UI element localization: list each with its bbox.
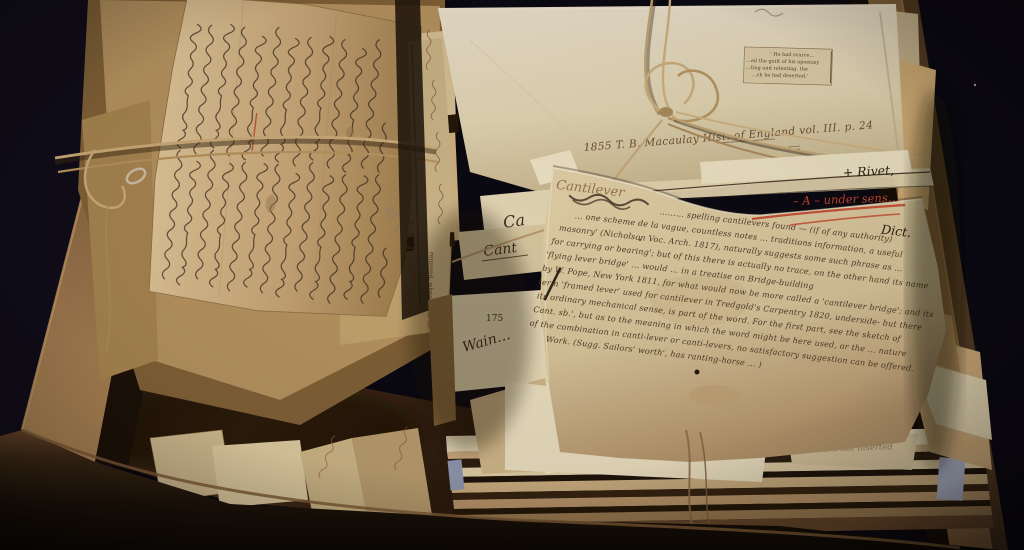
photo-archive-box: 207 removed, when it was ab… (0, 0, 1024, 550)
card-side-shadow (410, 210, 530, 450)
photo-frame: 207 removed, when it was ab… (0, 0, 1024, 550)
right-gap-shadow (909, 90, 961, 470)
